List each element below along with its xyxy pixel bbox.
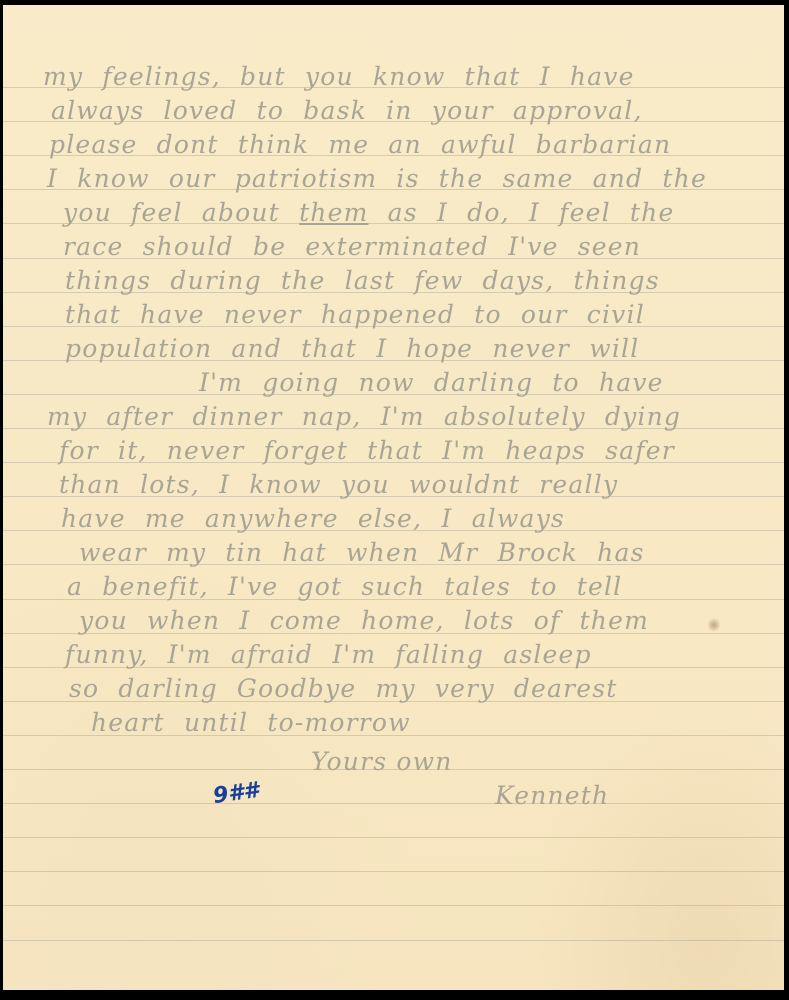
letter-line-5-b: as I do, I feel the	[369, 198, 675, 227]
paper-stain	[708, 617, 720, 633]
letter-line-11: my after dinner nap, I'm absolutely dyin…	[47, 403, 681, 431]
letter-line-16: a benefit, I've got such tales to tell	[67, 573, 622, 601]
ruled-line	[3, 905, 784, 906]
letter-line-12: for it, never forget that I'm heaps safe…	[59, 437, 675, 465]
underlined-word: them	[299, 198, 368, 227]
letter-signature: Kenneth	[495, 781, 609, 810]
letter-line-18: funny, I'm afraid I'm falling asleep	[65, 641, 592, 669]
letter-line-7: things during the last few days, things	[65, 267, 660, 295]
letter-line-20: heart until to-morrow	[91, 709, 411, 737]
letter-line-3: please dont think me an awful barbarian	[49, 131, 671, 159]
ruled-line	[3, 940, 784, 941]
letter-line-9: population and that I hope never will	[65, 335, 639, 363]
letter-line-6: race should be exterminated I've seen	[63, 233, 641, 261]
letter-page: my feelings, but you know that I have al…	[3, 5, 784, 990]
letter-line-10: I'm going now darling to have	[199, 369, 664, 397]
letter-line-17: you when I come home, lots of them	[79, 607, 649, 635]
letter-line-2: always loved to bask in your approval,	[51, 97, 643, 125]
letter-line-4: I know our patriotism is the same and th…	[47, 165, 707, 193]
letter-line-15: wear my tin hat when Mr Brock has	[79, 539, 645, 567]
letter-line-1: my feelings, but you know that I have	[43, 63, 635, 91]
letter-line-8: that have never happened to our civil	[65, 301, 645, 329]
letter-line-14: have me anywhere else, I always	[61, 505, 565, 533]
ruled-line	[3, 871, 784, 872]
ruled-line	[3, 803, 784, 804]
letter-line-5-a: you feel about	[63, 198, 299, 227]
letter-closing: Yours own	[311, 747, 453, 776]
letter-line-5: you feel about them as I do, I feel the	[63, 199, 674, 227]
letter-line-13: than lots, I know you wouldnt really	[59, 471, 618, 499]
letter-line-19: so darling Goodbye my very dearest	[69, 675, 618, 703]
ruled-line	[3, 837, 784, 838]
